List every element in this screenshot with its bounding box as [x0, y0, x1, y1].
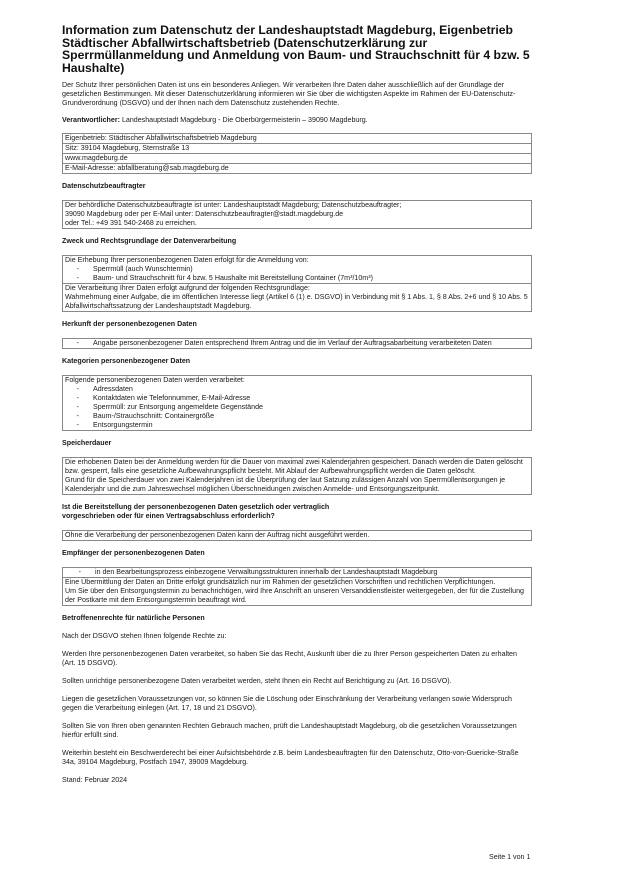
- intro-paragraph: Der Schutz Ihrer persönlichen Daten ist …: [62, 81, 532, 108]
- contact-email: E-Mail-Adresse: abfallberatung@sab.magde…: [63, 164, 531, 173]
- purpose-intro: Die Erhebung Ihrer personenbezogenen Dat…: [65, 256, 531, 265]
- list-item-text: Sperrmüll (auch Wunschtermin): [93, 265, 531, 274]
- rights-paragraph: Werden Ihre personenbezogenen Daten vera…: [62, 650, 532, 668]
- contact-website: www.magdeburg.de: [63, 154, 531, 164]
- list-item-text: Kontaktdaten wie Telefonnummer, E-Mail-A…: [93, 394, 531, 403]
- document-title: Information zum Datenschutz der Landesha…: [62, 24, 532, 74]
- recipients-text: Eine Übermittlung der Daten an Dritte er…: [65, 578, 531, 587]
- storage-text: Die erhobenen Daten bei der Anmeldung we…: [65, 458, 531, 476]
- heading-requirement: Ist die Bereitstellung der personenbezog…: [62, 503, 532, 521]
- dpo-line: Der behördliche Datenschutzbeauftragte i…: [65, 201, 531, 210]
- heading-categories: Kategorien personenbezogener Daten: [62, 357, 532, 366]
- purpose-collection: Die Erhebung Ihrer personenbezogenen Dat…: [63, 256, 531, 284]
- storage-box: Die erhobenen Daten bei der Anmeldung we…: [62, 457, 532, 495]
- list-item: -Baum-/Strauchschnitt: Containergröße: [65, 412, 531, 421]
- list-item: -Sperrmüll: zur Entsorgung angemeldete G…: [65, 403, 531, 412]
- heading-line: vorgeschrieben oder für einen Vertragsab…: [62, 512, 532, 521]
- bullet-dash: -: [65, 339, 93, 348]
- list-item-text: Baum- und Strauchschnitt für 4 bzw. 5 Ha…: [93, 274, 531, 283]
- list-item: -Baum- und Strauchschnitt für 4 bzw. 5 H…: [65, 274, 531, 283]
- recipients-shipping: Um Sie über den Entsorgungstermin zu ben…: [65, 587, 531, 605]
- purpose-legal: Die Verarbeitung Ihrer Daten erfolgt auf…: [63, 284, 531, 311]
- recipients-box: -in den Bearbeitungsprozess einbezogene …: [62, 567, 532, 606]
- recipients-list-cell: -in den Bearbeitungsprozess einbezogene …: [63, 568, 531, 578]
- bullet-dash: -: [65, 403, 93, 412]
- list-item-text: Angabe personenbezogener Daten entsprech…: [93, 339, 531, 348]
- list-item: -Adressdaten: [65, 385, 531, 394]
- recipients-text-cell: Eine Übermittlung der Daten an Dritte er…: [63, 578, 531, 605]
- requirement-text: Ohne die Verarbeitung der personenbezoge…: [63, 531, 531, 540]
- bullet-dash: -: [65, 265, 93, 274]
- list-item-text: Sperrmüll: zur Entsorgung angemeldete Ge…: [93, 403, 531, 412]
- requirement-box: Ohne die Verarbeitung der personenbezoge…: [62, 530, 532, 541]
- rights-paragraph: Sollten Sie von Ihren oben genannten Rec…: [62, 722, 532, 740]
- list-item: -in den Bearbeitungsprozess einbezogene …: [65, 568, 531, 577]
- list-item: -Angabe personenbezogener Daten entsprec…: [65, 339, 531, 348]
- responsible-line: Verantwortlicher: Landeshauptstadt Magde…: [62, 116, 532, 125]
- list-item-text: in den Bearbeitungsprozess einbezogene V…: [95, 568, 531, 577]
- contact-address: Sitz: 39104 Magdeburg, Sternstraße 13: [63, 144, 531, 154]
- bullet-dash: -: [65, 412, 93, 421]
- list-item: -Kontaktdaten wie Telefonnummer, E-Mail-…: [65, 394, 531, 403]
- bullet-dash: -: [65, 568, 95, 577]
- page-number: Seite 1 von 1: [489, 853, 530, 861]
- list-item: -Entsorgungstermin: [65, 421, 531, 430]
- heading-rights: Betroffenenrechte für natürliche Persone…: [62, 614, 532, 623]
- dpo-box: Der behördliche Datenschutzbeauftragte i…: [62, 200, 532, 229]
- storage-cell: Die erhobenen Daten bei der Anmeldung we…: [63, 458, 531, 494]
- rights-paragraph: Nach der DSGVO stehen Ihnen folgende Rec…: [62, 632, 532, 641]
- list-item-text: Entsorgungstermin: [93, 421, 531, 430]
- bullet-dash: -: [65, 394, 93, 403]
- responsible-value: Landeshauptstadt Magdeburg - Die Oberbür…: [122, 116, 368, 124]
- responsible-label: Verantwortlicher:: [62, 116, 120, 124]
- contact-box: Eigenbetrieb: Städtischer Abfallwirtscha…: [62, 133, 532, 174]
- heading-purpose: Zweck und Rechtsgrundlage der Datenverar…: [62, 237, 532, 246]
- categories-intro: Folgende personenbezogenen Daten werden …: [65, 376, 531, 385]
- list-item-text: Adressdaten: [93, 385, 531, 394]
- rights-paragraph: Sollten unrichtige personenbezogene Date…: [62, 677, 532, 686]
- heading-storage: Speicherdauer: [62, 439, 532, 448]
- legal-intro: Die Verarbeitung Ihrer Daten erfolgt auf…: [65, 284, 531, 293]
- heading-line: Ist die Bereitstellung der personenbezog…: [62, 503, 532, 512]
- dpo-line: oder Tel.: +49 391 540-2468 zu erreichen…: [65, 219, 531, 228]
- origin-cell: -Angabe personenbezogener Daten entsprec…: [63, 339, 531, 348]
- storage-reason: Grund für die Speicherdauer von zwei Kal…: [65, 476, 531, 494]
- categories-box: Folgende personenbezogenen Daten werden …: [62, 375, 532, 431]
- rights-paragraph: Weiterhin besteht ein Beschwerderecht be…: [62, 749, 532, 767]
- rights-paragraph: Liegen die gesetzlichen Voraussetzungen …: [62, 695, 532, 713]
- bullet-dash: -: [65, 421, 93, 430]
- dpo-line: 39090 Magdeburg oder per E-Mail unter: D…: [65, 210, 531, 219]
- list-item-text: Baum-/Strauchschnitt: Containergröße: [93, 412, 531, 421]
- bullet-dash: -: [65, 274, 93, 283]
- heading-origin: Herkunft der personenbezogenen Daten: [62, 320, 532, 329]
- list-item: -Sperrmüll (auch Wunschtermin): [65, 265, 531, 274]
- dpo-text: Der behördliche Datenschutzbeauftragte i…: [63, 201, 531, 228]
- bullet-dash: -: [65, 385, 93, 394]
- legal-text: Wahrnehmung einer Aufgabe, die im öffent…: [65, 293, 531, 311]
- origin-box: -Angabe personenbezogener Daten entsprec…: [62, 338, 532, 349]
- document-page: Information zum Datenschutz der Landesha…: [62, 24, 532, 794]
- heading-recipients: Empfänger der personenbezogenen Daten: [62, 549, 532, 558]
- purpose-box: Die Erhebung Ihrer personenbezogenen Dat…: [62, 255, 532, 312]
- contact-operator: Eigenbetrieb: Städtischer Abfallwirtscha…: [63, 134, 531, 144]
- heading-dpo: Datenschutzbeauftragter: [62, 182, 532, 191]
- categories-cell: Folgende personenbezogenen Daten werden …: [63, 376, 531, 430]
- status-date: Stand: Februar 2024: [62, 776, 532, 785]
